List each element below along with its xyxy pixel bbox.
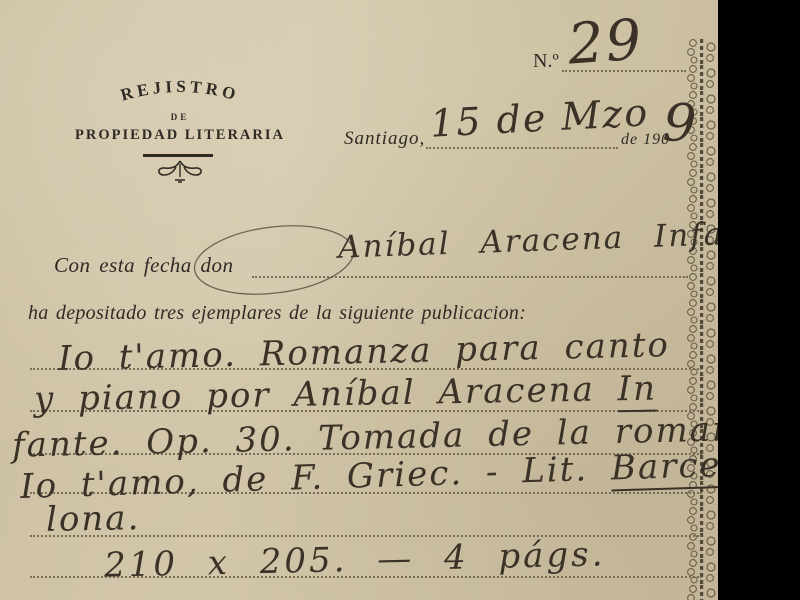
declaration-body: ha depositado tres ejemplares de la sigu… [28, 302, 526, 325]
letterhead-subtitle: PROPIEDAD LITERARIA [65, 127, 295, 144]
svg-text:REJISTRO: REJISTRO [118, 77, 241, 105]
handwritten-year-digit: 9 [661, 93, 699, 155]
registry-number-value: 29 [566, 7, 646, 77]
letterhead-connector: DE [95, 112, 265, 122]
depositor-name: Aníbal Aracena Infante [338, 214, 718, 265]
city-label: Santiago, [344, 128, 425, 150]
registry-number-label: N.º [533, 50, 559, 73]
date-dotted-line [426, 147, 618, 149]
fleuron-ornament-icon [150, 158, 210, 184]
document-page: REJISTRO DE PROPIEDAD LITERARIA N.º 29 S… [0, 0, 718, 600]
scan-background: REJISTRO DE PROPIEDAD LITERARIA N.º 29 S… [0, 0, 800, 600]
letterhead-title: REJISTRO [118, 77, 241, 105]
letterhead-title-arc: REJISTRO [95, 70, 265, 112]
entry-line: lona. [46, 498, 141, 540]
letterhead-rule [143, 154, 213, 157]
entry-line-tail: In [617, 369, 657, 413]
handwritten-date: 15 de Mzo [429, 90, 650, 145]
entry-line-tail: Barce [610, 445, 718, 491]
entry-line-text: lona. [46, 498, 141, 540]
